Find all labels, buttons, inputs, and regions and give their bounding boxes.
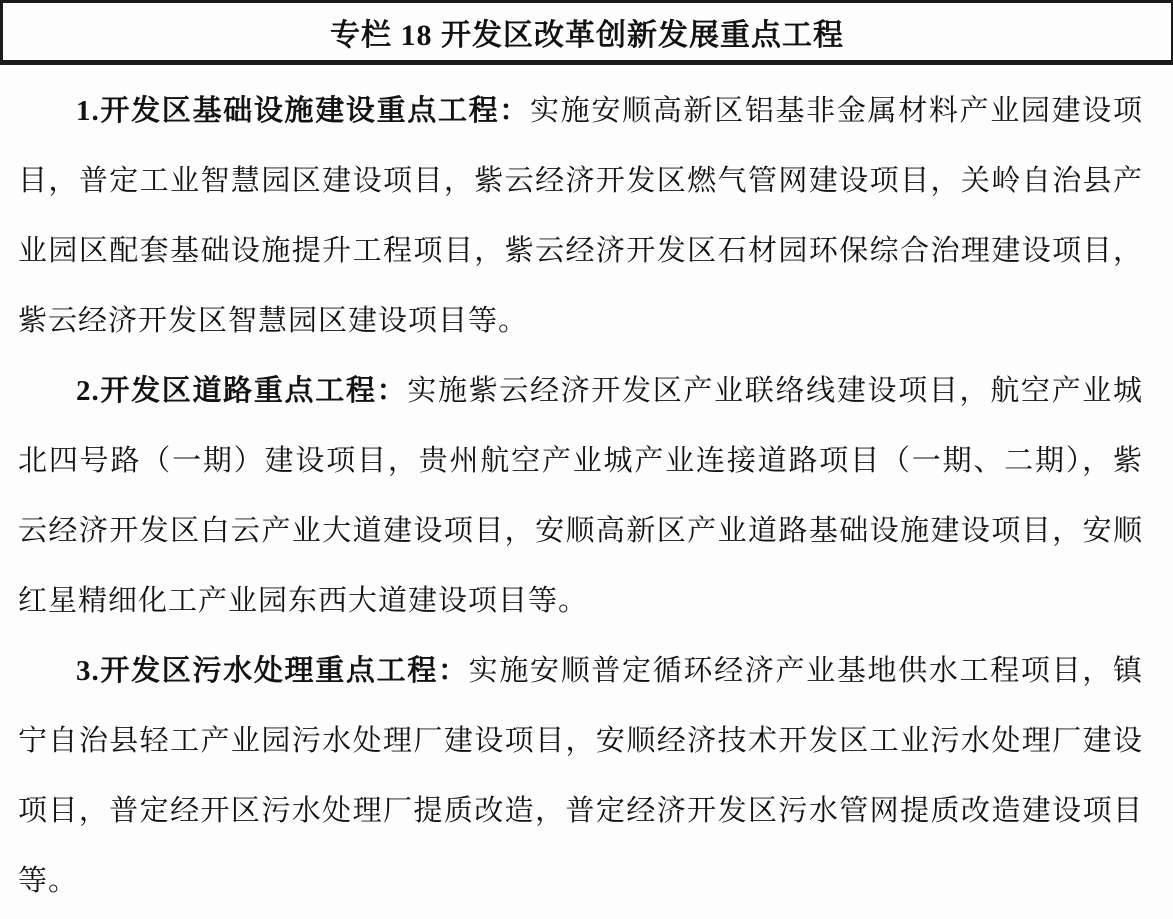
paragraph-text: 实施紫云经济开发区产业联络线建设项目，航空产业城北四号路（一期）建设项目，贵州航… [18, 375, 1143, 617]
paragraph-sewage: 3.开发区污水处理重点工程：实施安顺普定循环经济产业基地供水工程项目，镇宁自治县… [18, 636, 1143, 916]
paragraph-text: 实施安顺高新区铝基非金属材料产业园建设项目，普定工业智慧园区建设项目，紫云经济开… [18, 95, 1143, 337]
column-body: 1.开发区基础设施建设重点工程：实施安顺高新区铝基非金属材料产业园建设项目，普定… [0, 65, 1173, 916]
paragraph-lead: 2.开发区道路重点工程： [76, 375, 407, 407]
paragraph-roads: 2.开发区道路重点工程：实施紫云经济开发区产业联络线建设项目，航空产业城北四号路… [18, 356, 1143, 636]
column-title-bar: 专栏 18 开发区改革创新发展重点工程 [0, 0, 1173, 65]
paragraph-lead: 3.开发区污水处理重点工程： [76, 655, 469, 687]
paragraph-infrastructure: 1.开发区基础设施建设重点工程：实施安顺高新区铝基非金属材料产业园建设项目，普定… [18, 76, 1143, 356]
policy-column-box: 专栏 18 开发区改革创新发展重点工程 1.开发区基础设施建设重点工程：实施安顺… [0, 0, 1173, 919]
paragraph-lead: 1.开发区基础设施建设重点工程： [76, 95, 530, 127]
paragraph-text: 实施安顺普定循环经济产业基地供水工程项目，镇宁自治县轻工产业园污水处理厂建设项目… [18, 655, 1143, 897]
column-title: 专栏 18 开发区改革创新发展重点工程 [330, 10, 844, 54]
